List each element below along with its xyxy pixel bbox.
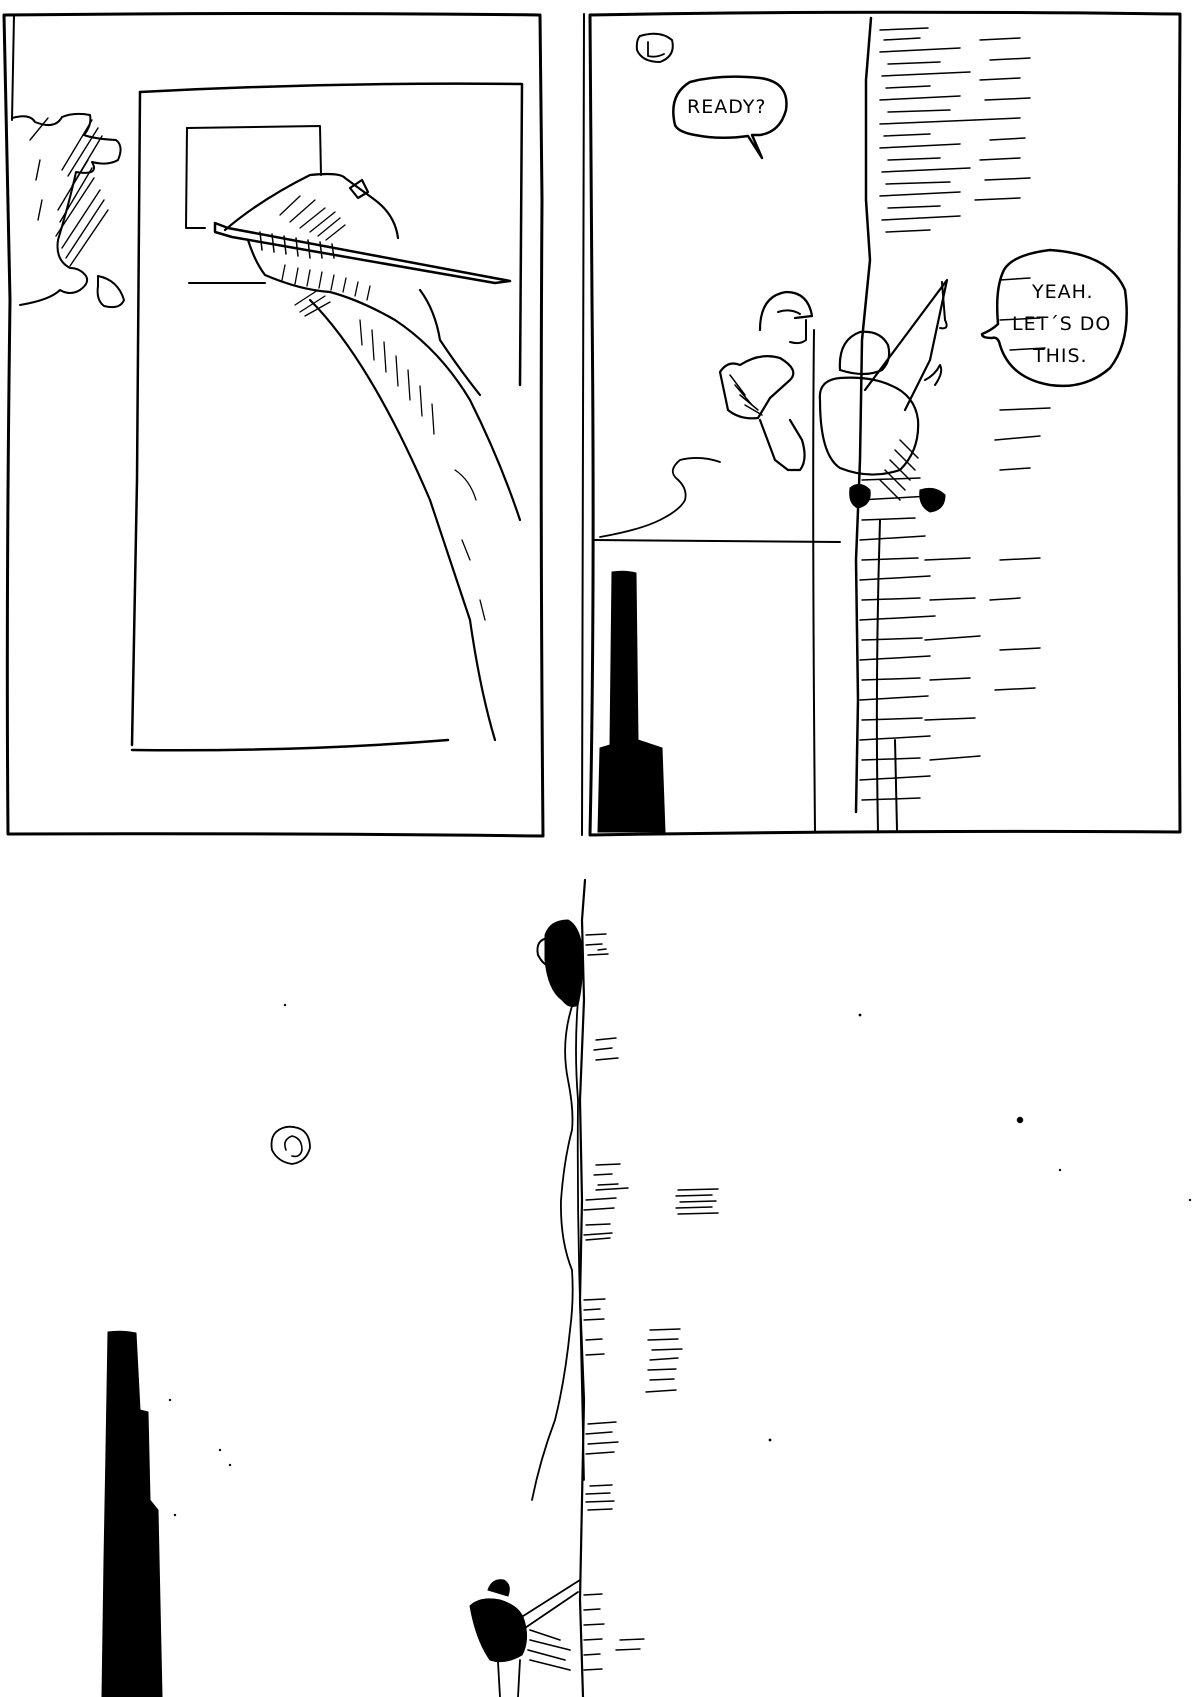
moon-icon: [272, 1127, 311, 1164]
panel-3: [0, 0, 1200, 1697]
bottom-climber-illustration: [470, 1580, 580, 1697]
comic-page: READY? YEAH. LET´S DO THIS.: [0, 0, 1200, 1697]
top-climber-illustration: [537, 920, 582, 1007]
smokestack-illustration: [102, 1331, 162, 1697]
